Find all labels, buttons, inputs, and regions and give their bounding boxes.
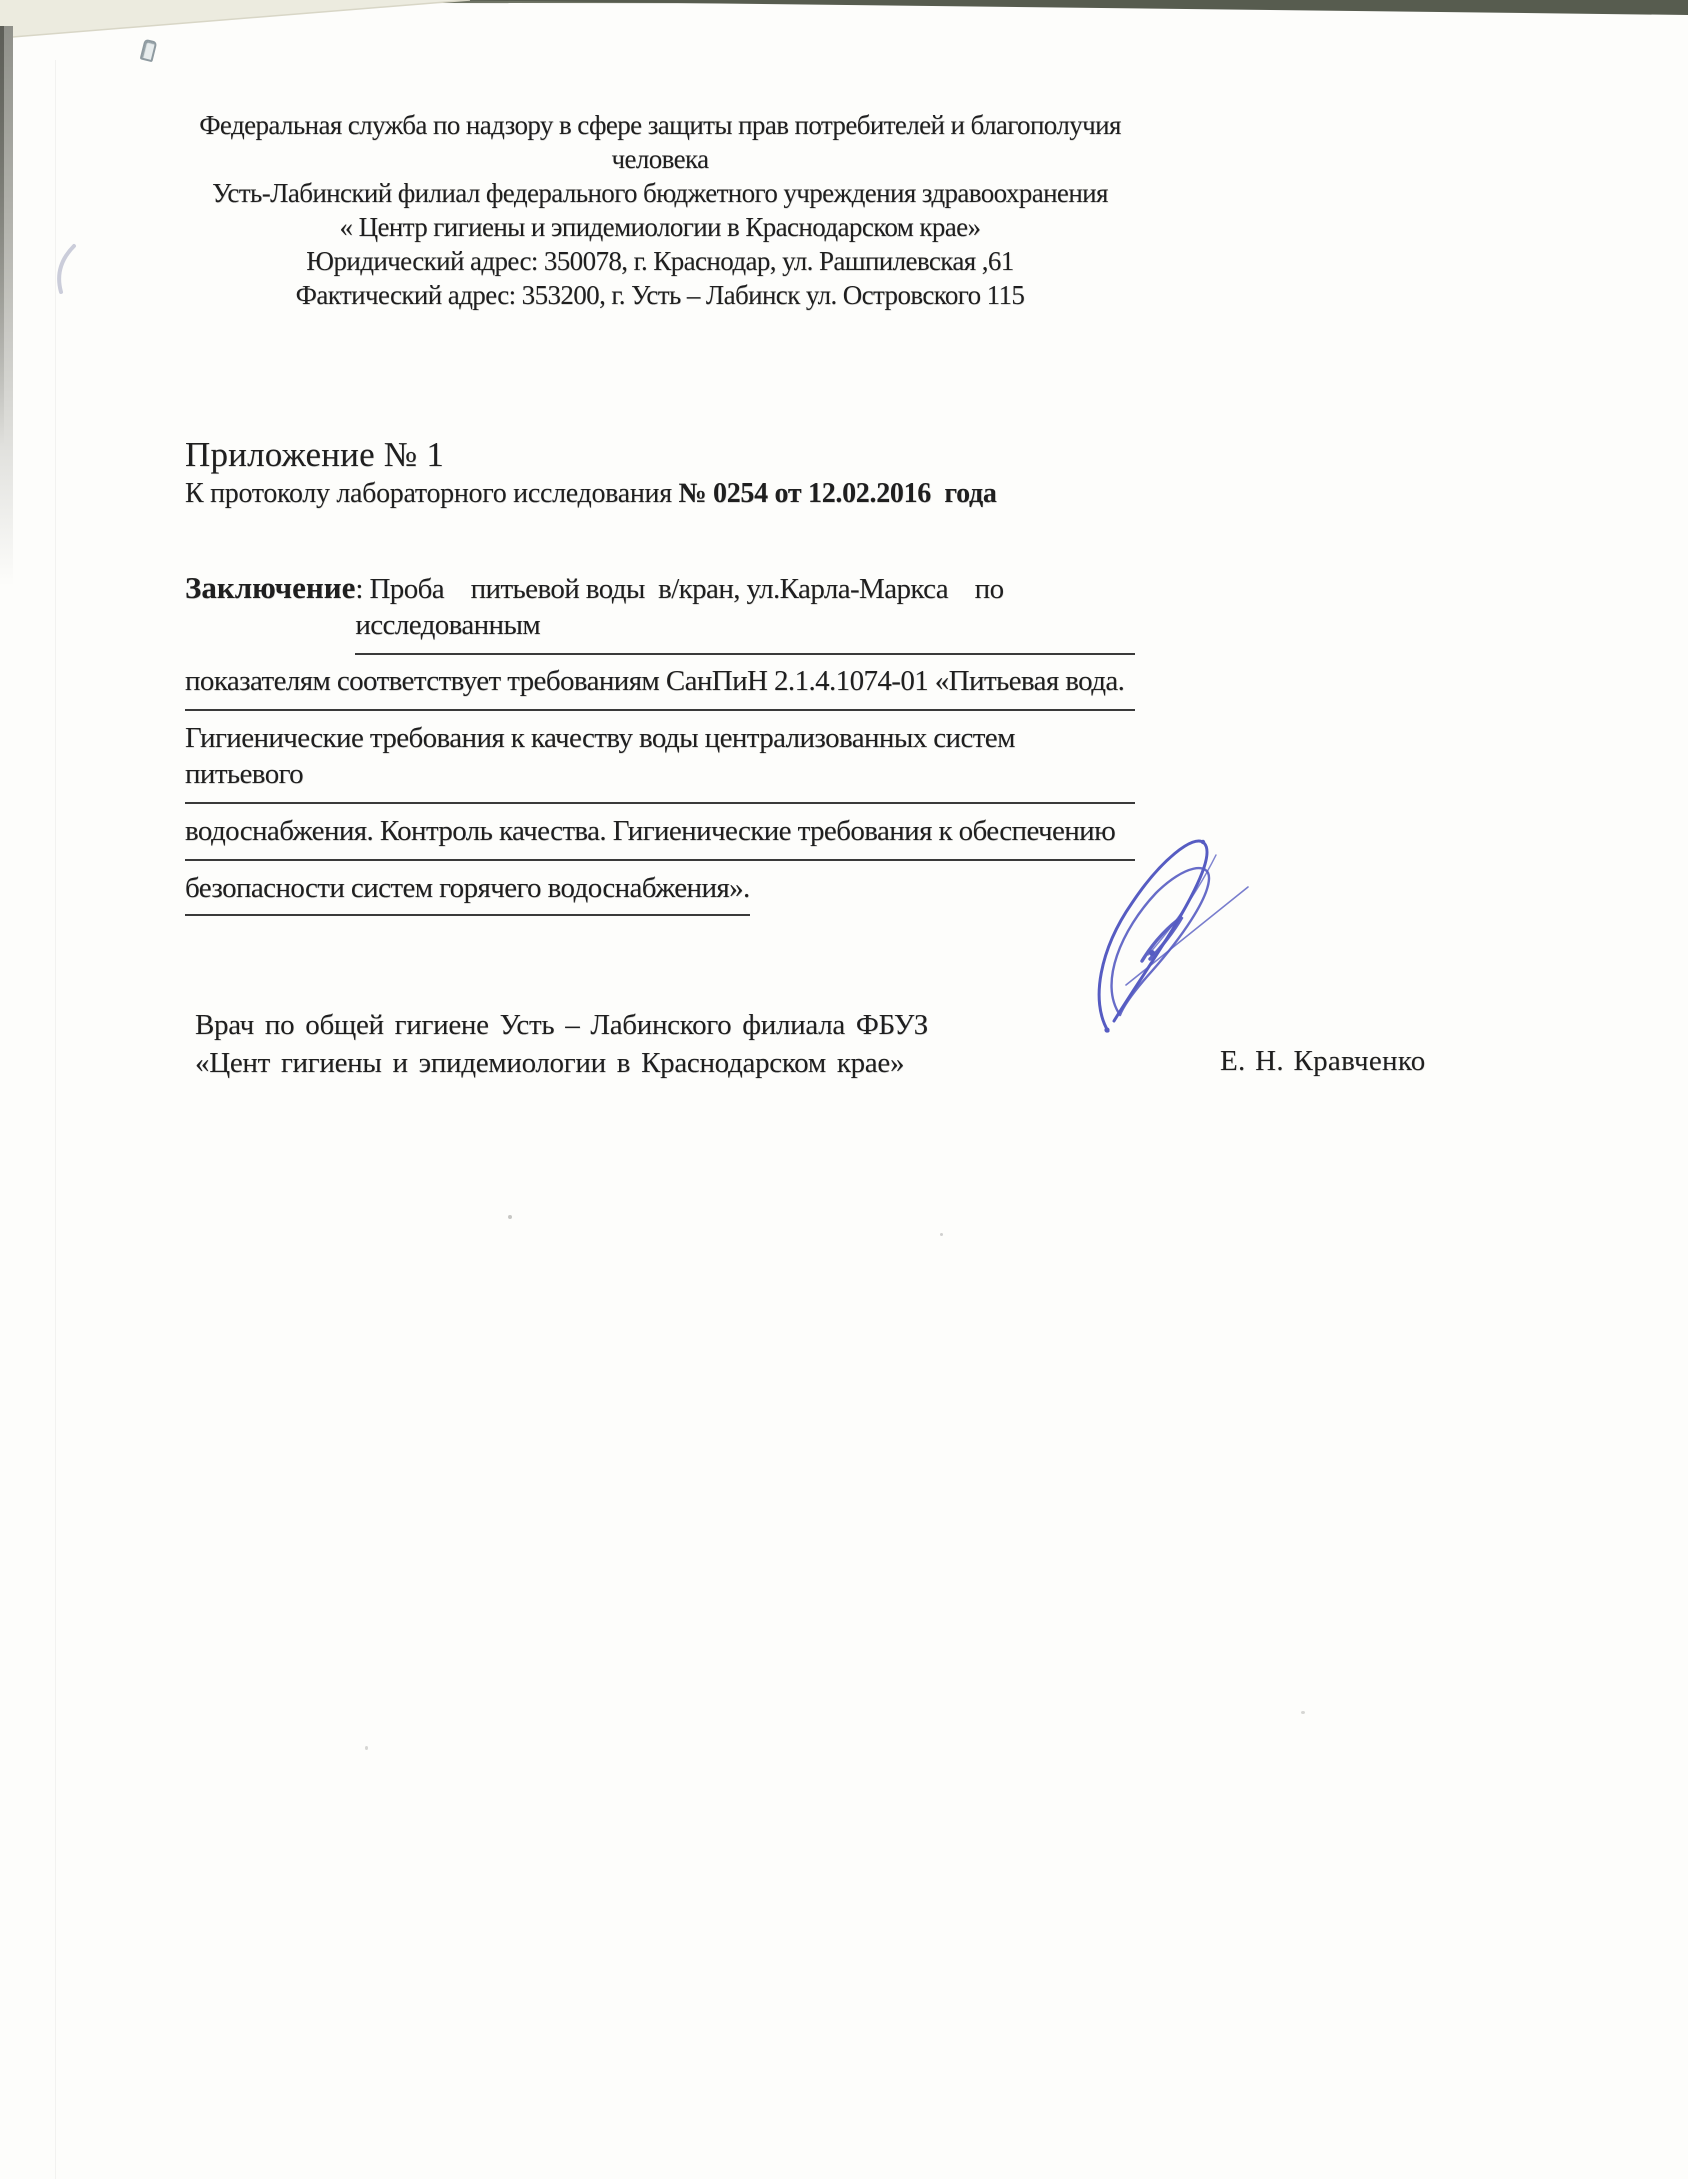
signer-name: Е. Н. Кравченко	[1220, 1042, 1426, 1080]
conclusion-line: показателям соответствует требованиям Са…	[185, 655, 1135, 711]
header-line: Федеральная служба по надзору в сфере за…	[185, 108, 1135, 142]
conclusion-line: безопасности систем горячего водоснабжен…	[185, 862, 1135, 906]
scan-speck	[1301, 1711, 1305, 1714]
header-line: « Центр гигиены и эпидемиологии в Красно…	[185, 210, 1135, 244]
appendix-title: Приложение № 1	[185, 434, 1135, 476]
scan-artifact-fold-line	[55, 60, 56, 2179]
protocol-prefix: К протоколу лабораторного исследования	[185, 478, 678, 509]
signoff-org-line: «Цент гигиены и эпидемиологии в Краснода…	[195, 1044, 1135, 1082]
header-line: Юридический адрес: 350078, г. Краснодар,…	[185, 244, 1135, 278]
protocol-reference-line: К протоколу лабораторного исследования №…	[185, 476, 1135, 512]
scan-artifact-left-edge-dark	[0, 26, 4, 446]
conclusion-line: Гигиенические требования к качеству воды…	[185, 712, 1135, 804]
conclusion-text: безопасности систем горячего водоснабжен…	[185, 872, 750, 916]
document-content: Федеральная служба по надзору в сфере за…	[185, 108, 1135, 1082]
scanned-document-page: Федеральная служба по надзору в сфере за…	[0, 0, 1688, 2179]
conclusion-line: водоснабжения. Контроль качества. Гигиен…	[185, 805, 1135, 861]
conclusion-text: : Проба питьевой воды в/кран, ул.Карла-М…	[355, 563, 1135, 655]
header-line: человека	[185, 142, 1135, 176]
signature-ink	[1090, 833, 1270, 1045]
staple-mark	[140, 39, 158, 63]
scan-artifact-pen-flick	[48, 242, 82, 296]
header-line: Усть-Лабинский филиал федерального бюдже…	[185, 176, 1135, 210]
conclusion-paragraph: Заключение: Проба питьевой воды в/кран, …	[185, 562, 1135, 906]
scan-speck	[940, 1233, 943, 1236]
scan-artifact-top-left-corner	[0, 0, 480, 42]
signoff-block: Врач по общей гигиене Усть – Лабинского …	[195, 1006, 1135, 1082]
protocol-number-date: № 0254 от 12.02.2016 года	[678, 478, 996, 509]
header-line: Фактический адрес: 353200, г. Усть – Лаб…	[185, 278, 1135, 312]
scan-speck	[508, 1215, 512, 1219]
conclusion-line: Заключение: Проба питьевой воды в/кран, …	[185, 562, 1135, 655]
scan-speck	[365, 1746, 368, 1750]
signoff-position-line: Врач по общей гигиене Усть – Лабинского …	[195, 1006, 1135, 1044]
conclusion-label: Заключение	[185, 562, 355, 616]
